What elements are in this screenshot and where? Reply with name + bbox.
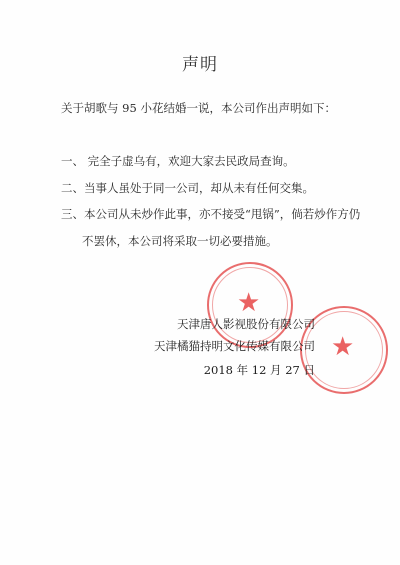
statement-item-3-continued: 不罢休，本公司将采取一切必要措施。 [82,233,278,249]
signature-company-2: 天津橘猫持明文化传媒有限公司 [154,338,315,354]
document-page: 声明 关于胡歌与 95 小花结婚一说，本公司作出声明如下： 一、 完全子虚乌有，… [0,0,400,565]
statement-item-1: 一、 完全子虚乌有，欢迎大家去民政局查询。 [61,153,295,169]
star-icon: ★ [331,334,354,360]
statement-item-2: 二、当事人虽处于同一公司，却从未有任何交集。 [61,180,314,196]
signature-date: 2018 年 12 月 27 日 [204,362,315,378]
company-seal-tangren: ★ [207,262,293,348]
star-icon: ★ [237,290,260,316]
statement-item-3: 三、本公司从未炒作此事，亦不接受“甩锅”，倘若炒作方仍 [61,206,360,222]
intro-paragraph: 关于胡歌与 95 小花结婚一说，本公司作出声明如下： [61,100,336,116]
signature-company-1: 天津唐人影视股份有限公司 [177,316,315,332]
document-title: 声明 [0,50,400,75]
